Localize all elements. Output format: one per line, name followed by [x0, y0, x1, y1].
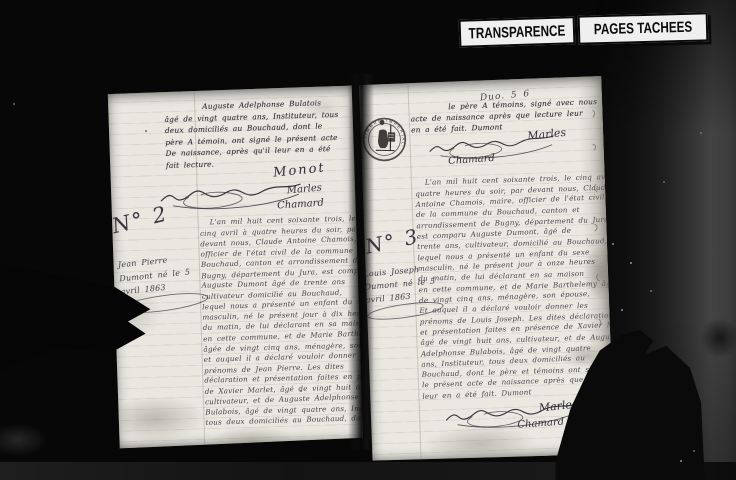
dust-speck — [650, 290, 652, 292]
act3-body-text: L'an mil huit cent soixante trois, le ci… — [415, 172, 613, 402]
act2-continuation-text: le père A témoins, signé avec nous le pr… — [410, 96, 603, 136]
dust-speck — [13, 103, 15, 105]
dust-speck — [621, 309, 623, 311]
ink-speck — [145, 130, 147, 132]
ink-speck — [300, 390, 302, 392]
left-page: Auguste Adelphonse Bulatoisâgé de vingt … — [106, 85, 363, 448]
dust-speck — [680, 460, 682, 462]
condition-label-pages-tachees: PAGES TACHEES — [578, 12, 709, 44]
margin-flourish-icon — [363, 299, 452, 322]
signature-chamard: Chamard — [448, 153, 495, 167]
archive-scan-viewport: Auguste Adelphonse Bulatoisâgé de vingt … — [0, 0, 736, 480]
act2-body-text: L'an mil huit cent soixante trois, lecin… — [200, 213, 364, 429]
signature-chamard: Chamard — [277, 198, 324, 212]
dust-speck — [700, 132, 702, 134]
dust-speck — [630, 262, 632, 264]
signature-flourish-icon — [154, 177, 307, 217]
condition-label-text: TRANSPARENCE — [468, 22, 565, 42]
condition-label-transparence: TRANSPARENCE — [459, 16, 576, 48]
dust-speck — [693, 450, 695, 452]
signature-marles: Marles — [286, 182, 322, 196]
act2-number: N° 2 — [110, 201, 171, 238]
background-shadow-blob — [700, 318, 736, 358]
background-light-patch — [0, 420, 60, 460]
dust-speck — [612, 243, 614, 245]
binding-gutter — [348, 74, 374, 450]
dust-speck — [663, 181, 665, 183]
condition-label-text: PAGES TACHEES — [594, 19, 693, 39]
